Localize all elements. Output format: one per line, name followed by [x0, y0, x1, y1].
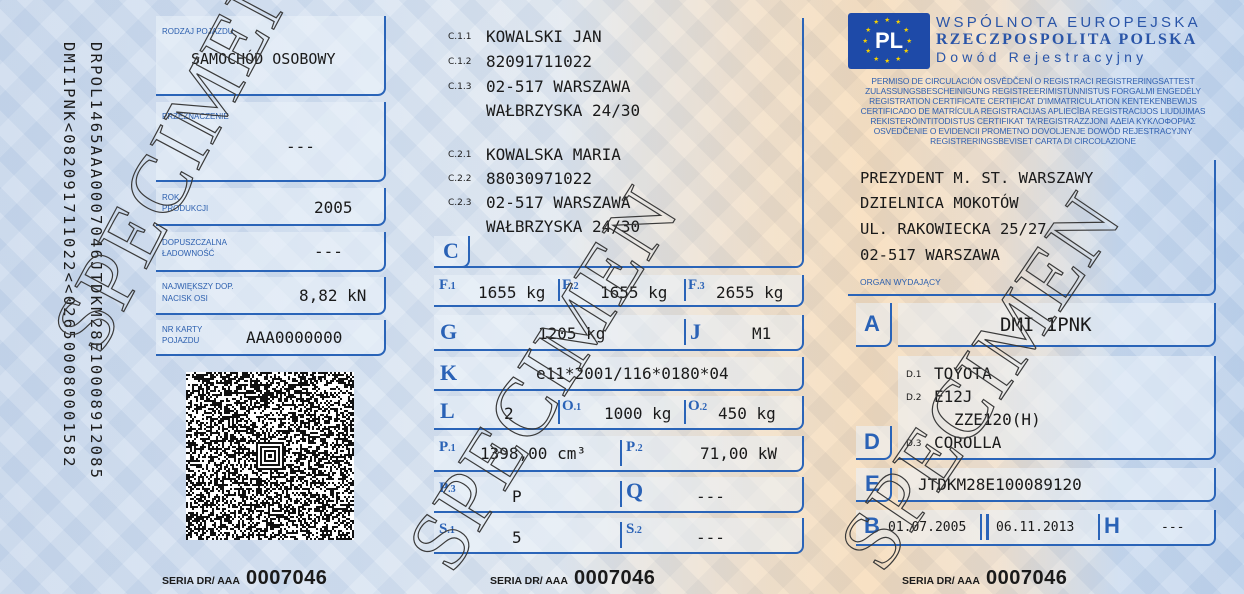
key-d3: D.3 — [906, 439, 922, 449]
value-h: --- — [1161, 520, 1184, 535]
issuer-line-3: UL. RAKOWIECKA 25/27 — [860, 220, 1047, 238]
star-icon: ★ — [863, 37, 868, 46]
key-c13: C.1.3 — [448, 82, 471, 92]
row-b-i-h: B 01.07.2005 06.11.2013 H --- — [856, 510, 1216, 546]
row-s: S.1 5 S.2 --- — [434, 518, 804, 554]
code-i-bar — [986, 514, 989, 540]
issuer-line-1: PREZYDENT M. ST. WARSZAWY — [860, 169, 1093, 187]
label-axle-load-1: NAJWIĘKSZY DOP. — [162, 282, 234, 292]
field-production-year: ROK PRODUKCJI 2005 — [156, 188, 386, 226]
star-icon: ★ — [865, 47, 870, 56]
label-axle-load-2: NACISK OSI — [162, 294, 208, 304]
value-f3: 2655 kg — [716, 283, 783, 302]
value-o2: 450 kg — [718, 404, 776, 423]
eu-flag-emblem: ★★★★★★★★★★★★ PL — [848, 13, 930, 69]
code-s2: S.2 — [626, 521, 642, 538]
value-k: e11*2001/116*0180*04 — [536, 364, 729, 383]
divider — [620, 522, 622, 548]
value-c22: 88030971022 — [486, 169, 592, 188]
code-o2: O.2 — [688, 398, 707, 415]
value-c23-line2: WAŁBRZYSKA 24/30 — [486, 217, 640, 236]
code-f2: F.2 — [562, 277, 579, 294]
multilingual-titles: PERMISO DE CIRCULACIÓN OSVĚDČENÍ O REGIS… — [848, 76, 1218, 146]
divider — [684, 279, 686, 301]
row-k: K e11*2001/116*0180*04 — [434, 357, 804, 391]
divider — [684, 400, 686, 424]
value-p3: P — [512, 487, 522, 506]
key-d1: D.1 — [906, 370, 922, 380]
value-d2-line2: ZZE120(H) — [954, 410, 1041, 429]
divider — [1098, 514, 1100, 540]
field-purpose: PRZEZNACZENIE --- — [156, 102, 386, 182]
label-payload-1: DOPUSZCZALNA — [162, 238, 227, 248]
value-l: 2 — [504, 404, 514, 423]
code-q: Q — [626, 478, 643, 504]
value-c12: 82091711022 — [486, 52, 592, 71]
code-o1: O.1 — [562, 398, 581, 415]
value-s2: --- — [696, 528, 725, 547]
value-f2: 1655 kg — [600, 283, 667, 302]
issuer-line-2: DZIELNICA MOKOTÓW — [860, 194, 1019, 212]
value-d2-line1: E12J — [934, 387, 973, 406]
value-registration-number: DMI 1PNK — [1000, 314, 1092, 336]
header-doc-title: Dowód Rejestracyjny — [936, 49, 1147, 65]
row-p3-q: P.3 P Q --- — [434, 477, 804, 513]
field-vehicle-type: RODZAJ POJAZDU SAMOCHÓD OSOBOWY — [156, 16, 386, 96]
row-d-make: D.1 TOYOTA D.2 E12J ZZE120(H) D.3 COROLL… — [898, 356, 1216, 460]
code-d: D — [864, 429, 880, 455]
value-c13-line2: WAŁBRZYSKA 24/30 — [486, 101, 640, 120]
code-j: J — [690, 319, 701, 345]
star-icon: ★ — [885, 16, 890, 25]
value-c13-line1: 02-517 WARSZAWA — [486, 77, 631, 96]
star-icon: ★ — [896, 55, 901, 64]
value-vin: JTDKM28E100089120 — [918, 475, 1082, 494]
star-icon: ★ — [896, 18, 901, 27]
label-purpose: PRZEZNACZENIE — [162, 112, 229, 122]
section-c-owner: C.1.1 KOWALSKI JAN C.1.2 82091711022 C.1… — [434, 18, 804, 268]
code-f1: F.1 — [439, 277, 456, 294]
divider — [980, 514, 982, 540]
star-icon: ★ — [874, 18, 879, 27]
row-l-o: L 2 O.1 1000 kg O.2 450 kg — [434, 396, 804, 430]
issuer-line-4: 02-517 WARSZAWA — [860, 246, 1000, 264]
serial-number: 0007046 — [246, 567, 327, 589]
code-h: H — [1104, 513, 1120, 539]
serial-number: 0007046 — [986, 567, 1067, 589]
issuer-label: ORGAN WYDAJĄCY — [860, 277, 941, 287]
value-d1: TOYOTA — [934, 364, 992, 383]
field-axle-load: NAJWIĘKSZY DOP. NACISK OSI 8,82 kN — [156, 277, 386, 315]
serial-left: SERIA DR/ AAA0007046 — [162, 567, 327, 590]
value-first-registration: 01.07.2005 — [888, 520, 966, 535]
value-f1: 1655 kg — [478, 283, 545, 302]
code-p3: P.3 — [439, 480, 456, 497]
serial-label: SERIA DR/ AAA — [490, 575, 568, 587]
label-production-year-2: PRODUKCJI — [162, 204, 208, 214]
serial-label: SERIA DR/ AAA — [162, 575, 240, 587]
serial-number: 0007046 — [574, 567, 655, 589]
value-d3: COROLLA — [934, 433, 1001, 452]
header-eu: WSPÓLNOTA EUROPEJSKA — [936, 14, 1201, 31]
star-icon: ★ — [874, 55, 879, 64]
row-e-vin: JTDKM28E100089120 — [898, 468, 1216, 502]
label-vehicle-card-1: NR KARTY — [162, 325, 202, 335]
divider — [558, 400, 560, 424]
value-o1: 1000 kg — [604, 404, 671, 423]
value-payload: --- — [314, 242, 343, 261]
divider — [620, 440, 622, 466]
serial-label: SERIA DR/ AAA — [902, 575, 980, 587]
key-c23: C.2.3 — [448, 198, 471, 208]
value-c11: KOWALSKI JAN — [486, 27, 602, 46]
header-country: RZECZPOSPOLITA POLSKA — [936, 31, 1198, 49]
label-vehicle-card-2: POJAZDU — [162, 336, 199, 346]
star-icon: ★ — [865, 26, 870, 35]
divider — [558, 279, 560, 301]
value-s1: 5 — [512, 528, 522, 547]
code-e: E — [865, 471, 880, 497]
value-vehicle-type: SAMOCHÓD OSOBOWY — [191, 50, 336, 68]
field-payload: DOPUSZCZALNA ŁADOWNOŚĆ --- — [156, 232, 386, 272]
aztec-barcode — [186, 372, 354, 540]
value-c23-line1: 02-517 WARSZAWA — [486, 193, 631, 212]
key-c12: C.1.2 — [448, 57, 471, 67]
code-a: A — [864, 311, 880, 337]
mrz-line-1: DRPOL1465AAA0007046JTDKM28E100089120​85 — [87, 42, 105, 480]
star-icon: ★ — [907, 37, 912, 46]
mrz-line-2: DMI1PNK<082091711022<<02650008000158​2 — [60, 42, 78, 469]
key-c21: C.2.1 — [448, 150, 471, 160]
code-e-box: E — [856, 468, 892, 502]
value-c21: KOWALSKA MARIA — [486, 145, 621, 164]
divider — [684, 319, 686, 345]
code-k: K — [440, 360, 457, 386]
key-c22: C.2.2 — [448, 174, 471, 184]
value-g: 1205 kg — [538, 324, 605, 343]
field-vehicle-card: NR KARTY POJAZDU AAA0000000 — [156, 320, 386, 356]
code-b: B — [864, 513, 880, 539]
code-d-box: D — [856, 426, 892, 460]
label-payload-2: ŁADOWNOŚĆ — [162, 249, 214, 259]
label-vehicle-type: RODZAJ POJAZDU — [162, 27, 234, 37]
country-code: PL — [871, 27, 907, 55]
code-a-box: A — [856, 303, 892, 347]
value-axle-load: 8,82 kN — [299, 286, 366, 305]
code-f3: F.3 — [688, 277, 705, 294]
row-a-plate: DMI 1PNK — [898, 303, 1216, 347]
code-c: C — [443, 238, 459, 264]
value-purpose: --- — [286, 137, 315, 156]
value-q: --- — [696, 487, 725, 506]
key-d2: D.2 — [906, 393, 922, 403]
key-c11: C.1.1 — [448, 32, 471, 42]
code-g: G — [440, 319, 457, 345]
value-registration-date: 06.11.2013 — [996, 520, 1074, 535]
serial-middle: SERIA DR/ AAA0007046 — [490, 567, 655, 590]
code-l: L — [440, 398, 455, 424]
code-p2: P.2 — [626, 439, 643, 456]
code-p1: P.1 — [439, 439, 456, 456]
row-g-j: G 1205 kg J M1 — [434, 315, 804, 351]
code-c-box: C — [434, 236, 470, 268]
value-production-year: 2005 — [314, 198, 353, 217]
label-production-year-1: ROK — [162, 193, 179, 203]
value-j: M1 — [752, 324, 771, 343]
serial-right: SERIA DR/ AAA0007046 — [902, 567, 1067, 590]
code-s1: S.1 — [439, 521, 455, 538]
value-p2: 71,00 kW — [700, 444, 777, 463]
value-vehicle-card: AAA0000000 — [246, 328, 342, 347]
row-p1-p2: P.1 1398,00 cm³ P.2 71,00 kW — [434, 436, 804, 472]
issuer-box: PREZYDENT M. ST. WARSZAWY DZIELNICA MOKO… — [848, 160, 1216, 296]
divider — [620, 481, 622, 507]
value-p1: 1398,00 cm³ — [480, 444, 586, 463]
star-icon: ★ — [885, 57, 890, 66]
row-f: F.1 1655 kg F.2 1655 kg F.3 2655 kg — [434, 275, 804, 307]
